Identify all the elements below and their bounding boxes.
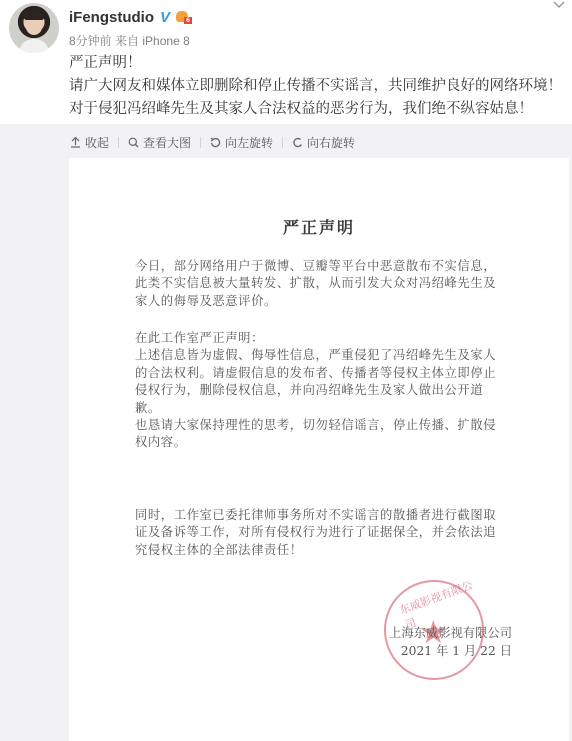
rotate-left-icon <box>210 137 221 148</box>
username-link[interactable]: iFengstudio <box>69 9 154 26</box>
view-large-button[interactable]: 查看大图 <box>128 134 191 151</box>
avatar-hair <box>24 10 44 20</box>
statement-image[interactable]: 严正声明 今日，部分网络用户于微博、豆瓣等平台中恶意散布不实信息，此类不实信息被… <box>69 158 569 741</box>
rotate-right-icon <box>292 137 303 148</box>
document-paragraph-1: 今日，部分网络用户于微博、豆瓣等平台中恶意散布不实信息，此类不实信息被大量转发、… <box>135 258 505 310</box>
user-line: iFengstudio V 6 <box>69 7 192 27</box>
post-text-line: 请广大网友和媒体立即删除和停止传播不实谣言，共同维护良好的网络环境！对于侵犯冯绍… <box>69 75 569 121</box>
toolbar-divider <box>200 137 201 148</box>
document-line: 上述信息皆为虚假、侮辱性信息，严重侵犯了冯绍峰先生及家人的合法权利。请虚假信息的… <box>135 347 505 417</box>
post-text-line: 严正声明！ <box>69 52 569 75</box>
verified-icon[interactable]: V <box>160 9 170 26</box>
vip-level: 6 <box>184 17 192 24</box>
collapse-label: 收起 <box>85 134 109 151</box>
rotate-left-label: 向左旋转 <box>225 134 273 151</box>
document-paragraph-3: 同时，工作室已委托律师事务所对不实谣言的散播者进行截图取证及备诉等工作，对所有侵… <box>135 507 505 559</box>
post-time-link[interactable]: 8分钟前 <box>69 34 112 48</box>
toolbar-divider <box>282 137 283 148</box>
vip-crown-icon[interactable]: 6 <box>176 10 192 24</box>
document-date: 2021 年 1 月 22 日 <box>389 642 512 660</box>
collapse-up-icon <box>70 136 81 148</box>
view-large-label: 查看大图 <box>143 134 191 151</box>
post-text: 严正声明！ 请广大网友和媒体立即删除和停止传播不实谣言，共同维护良好的网络环境！… <box>69 52 569 121</box>
rotate-right-button[interactable]: 向右旋转 <box>292 134 355 151</box>
document-line: 在此工作室严正声明： <box>135 330 505 347</box>
avatar-shirt <box>19 39 49 53</box>
post-meta: 8分钟前 来自 iPhone 8 <box>69 32 190 49</box>
signature-block: 上海东威影视有限公司 2021 年 1 月 22 日 <box>389 624 512 660</box>
media-viewer: 收起 查看大图 向左旋转 向右旋转 严正声明 今日，部分网络用户于微博、豆瓣等平… <box>0 124 572 741</box>
source-device: iPhone 8 <box>142 34 189 48</box>
rotate-right-label: 向右旋转 <box>307 134 355 151</box>
document-title: 严正声明 <box>69 215 569 238</box>
company-name: 上海东威影视有限公司 <box>389 624 512 642</box>
media-toolbar: 收起 查看大图 向左旋转 向右旋转 <box>70 132 355 152</box>
rotate-left-button[interactable]: 向左旋转 <box>210 134 273 151</box>
collapse-button[interactable]: 收起 <box>70 134 109 151</box>
search-icon <box>128 137 139 148</box>
toolbar-divider <box>118 137 119 148</box>
document-paragraph-2: 在此工作室严正声明： 上述信息皆为虚假、侮辱性信息，严重侵犯了冯绍峰先生及家人的… <box>135 330 505 452</box>
chevron-down-icon[interactable] <box>553 1 567 11</box>
document-line: 也恳请大家保持理性的思考，切勿轻信谣言，停止传播、扩散侵权内容。 <box>135 417 505 452</box>
avatar[interactable] <box>9 3 59 53</box>
source-prefix: 来自 <box>115 34 139 48</box>
post-header: iFengstudio V 6 8分钟前 来自 iPhone 8 严正声明！ 请… <box>0 0 572 124</box>
